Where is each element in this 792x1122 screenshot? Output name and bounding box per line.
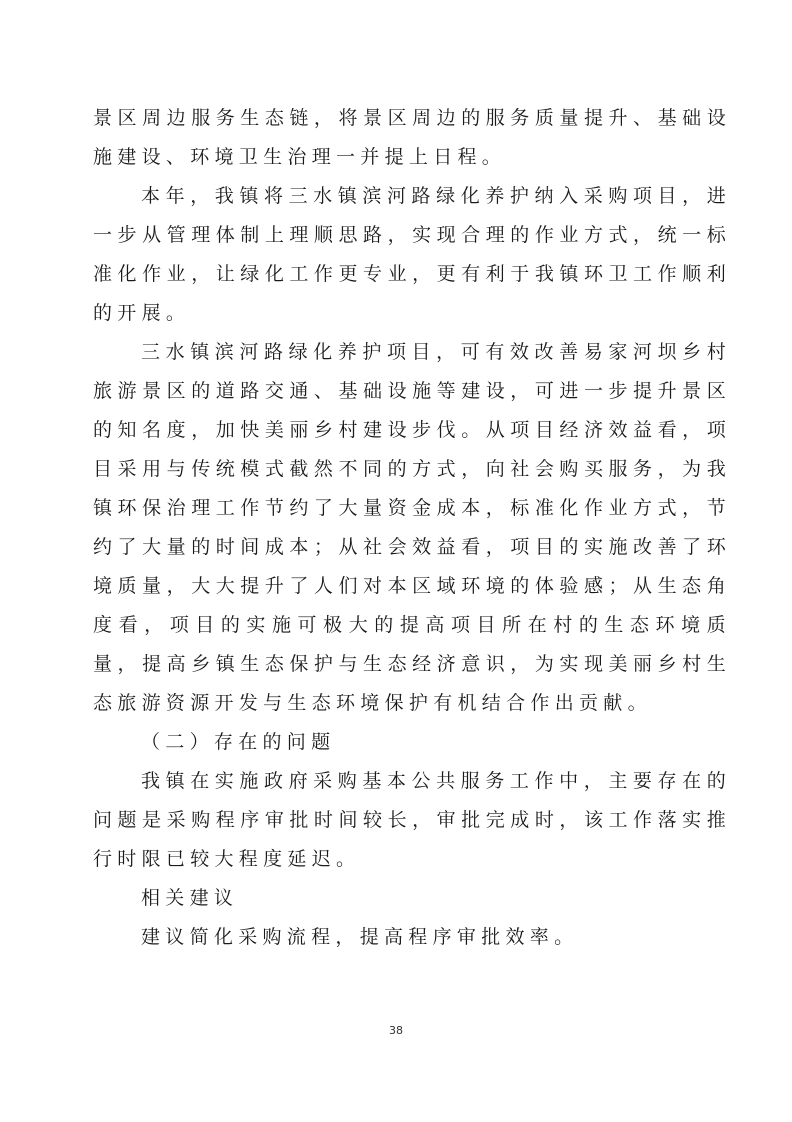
paragraph-greening-procurement: 本年，我镇将三水镇滨河路绿化养护纳入采购项目，进一步从管理体制上理顺思路，实现合… (93, 177, 731, 333)
paragraph-project-benefits: 三水镇滨河路绿化养护项目，可有效改善易家河坝乡村旅游景区的道路交通、基础设施等建… (93, 333, 731, 723)
section-heading-existing-problems: （二）存在的问题 (93, 723, 731, 762)
section-heading-recommendations: 相关建议 (93, 879, 731, 918)
paragraph-problems: 我镇在实施政府采购基本公共服务工作中，主要存在的问题是采购程序审批时间较长，审批… (93, 762, 731, 879)
page-number: 38 (0, 1024, 792, 1037)
paragraph-continuation: 景区周边服务生态链，将景区周边的服务质量提升、基础设施建设、环境卫生治理一并提上… (93, 99, 731, 177)
document-body: 景区周边服务生态链，将景区周边的服务质量提升、基础设施建设、环境卫生治理一并提上… (93, 99, 731, 957)
paragraph-recommendation: 建议简化采购流程，提高程序审批效率。 (93, 918, 731, 957)
